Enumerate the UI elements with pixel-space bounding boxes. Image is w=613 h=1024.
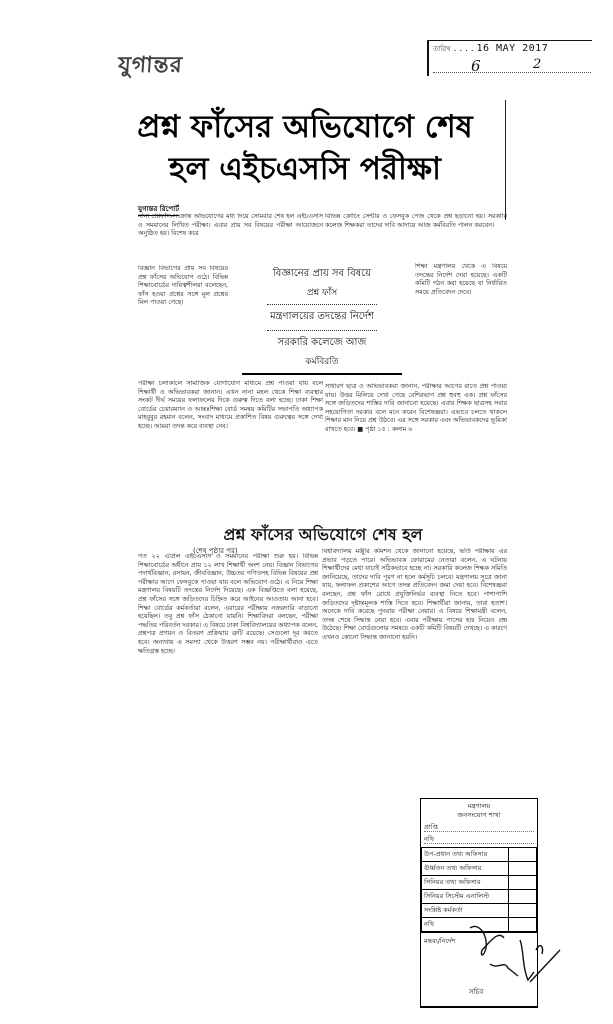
date-value: 16 MAY 2017 <box>477 43 549 54</box>
highlight-2: প্রশ্ন ফাঁস <box>232 285 412 300</box>
stamp-field-receipt: প্রাপ্তি <box>424 822 534 832</box>
divider <box>242 373 402 375</box>
date-stamp: তারিখ . . . . 16 MAY 2017 6 2 <box>427 40 592 76</box>
continuation-column-c: গত ২২ এপ্রিল এইচএসসি ও সমমানের পরীক্ষা শ… <box>138 553 318 798</box>
handwritten-signature-icon <box>460 920 570 990</box>
highlight-3: মন্ত্রণালয়ের তদন্তের নির্দেশ <box>232 309 412 326</box>
table-row: ঊর্ধ্বতন তথ্য অফিসার <box>422 862 537 876</box>
signature-label: মন্তব্য/নির্দেশ <box>424 937 455 945</box>
highlight-1: বিজ্ঞানের প্রায় সব বিষয়ে <box>232 266 412 283</box>
body-column-a3: পরীক্ষা চলাকালে সামাজিক যোগাযোগ মাধ্যমে … <box>138 380 323 520</box>
stamp-header: মন্ত্রণালয় <box>421 802 537 811</box>
stamp-field-file: নথি <box>424 834 534 844</box>
body-column-a: নানা প্রশ্নফাঁস-সংক্রান্ত অভিযোগের মধ্য … <box>138 213 323 265</box>
body-column-b: বিভিন্ন কোচিং সেন্টার ও ফেসবুক পেজ থেকে … <box>325 213 507 263</box>
date-label: তারিখ <box>433 45 451 53</box>
column-divider <box>505 100 506 220</box>
table-row: উপ-প্রধান তথ্য অফিসার <box>422 848 537 862</box>
continuation-column-d: বিশ্ববিদ্যালয় মঞ্জুরি কমিশন থেকে জানানো… <box>322 548 507 803</box>
newspaper-masthead: যুগান্তর <box>117 48 184 85</box>
table-row: সিনিয়র সিস্টেম এনালিস্ট <box>422 890 537 904</box>
highlight-5: কর্মবিরতি <box>232 354 412 369</box>
handwritten-page: 6 <box>471 57 481 75</box>
handwritten-column: 2 <box>533 57 541 72</box>
table-row: সিনিয়র তথ্য অফিসার <box>422 876 537 890</box>
table-row: সংশ্লিষ্ট কর্মকর্তা <box>422 904 537 918</box>
divider <box>267 304 377 305</box>
headline-line-1: প্রশ্ন ফাঁসের অভিযোগে শেষ <box>125 106 485 148</box>
body-column-b2: শিক্ষা মন্ত্রণালয় থেকে এ বিষয়ে তদন্তের… <box>415 263 507 383</box>
divider <box>267 330 377 331</box>
highlight-4: সরকারি কলেজে আজ <box>232 335 412 352</box>
body-column-a2: বিজ্ঞান বিভাগের প্রায় সব বিষয়ের প্রশ্ন… <box>138 265 228 380</box>
highlights-box: বিজ্ঞানের প্রায় সব বিষয়ে প্রশ্ন ফাঁস ম… <box>232 262 412 382</box>
main-headline: প্রশ্ন ফাঁসের অভিযোগে শেষ হল এইচএসসি পরী… <box>125 106 485 190</box>
stamp-office: জনসংযোগ শাখা <box>421 811 537 820</box>
headline-line-2: হল এইচএসসি পরীক্ষা <box>125 148 485 190</box>
body-column-b3: সাধারণ ছাত্র ও অভিভাবকরা জানান, পরীক্ষার… <box>325 383 507 513</box>
